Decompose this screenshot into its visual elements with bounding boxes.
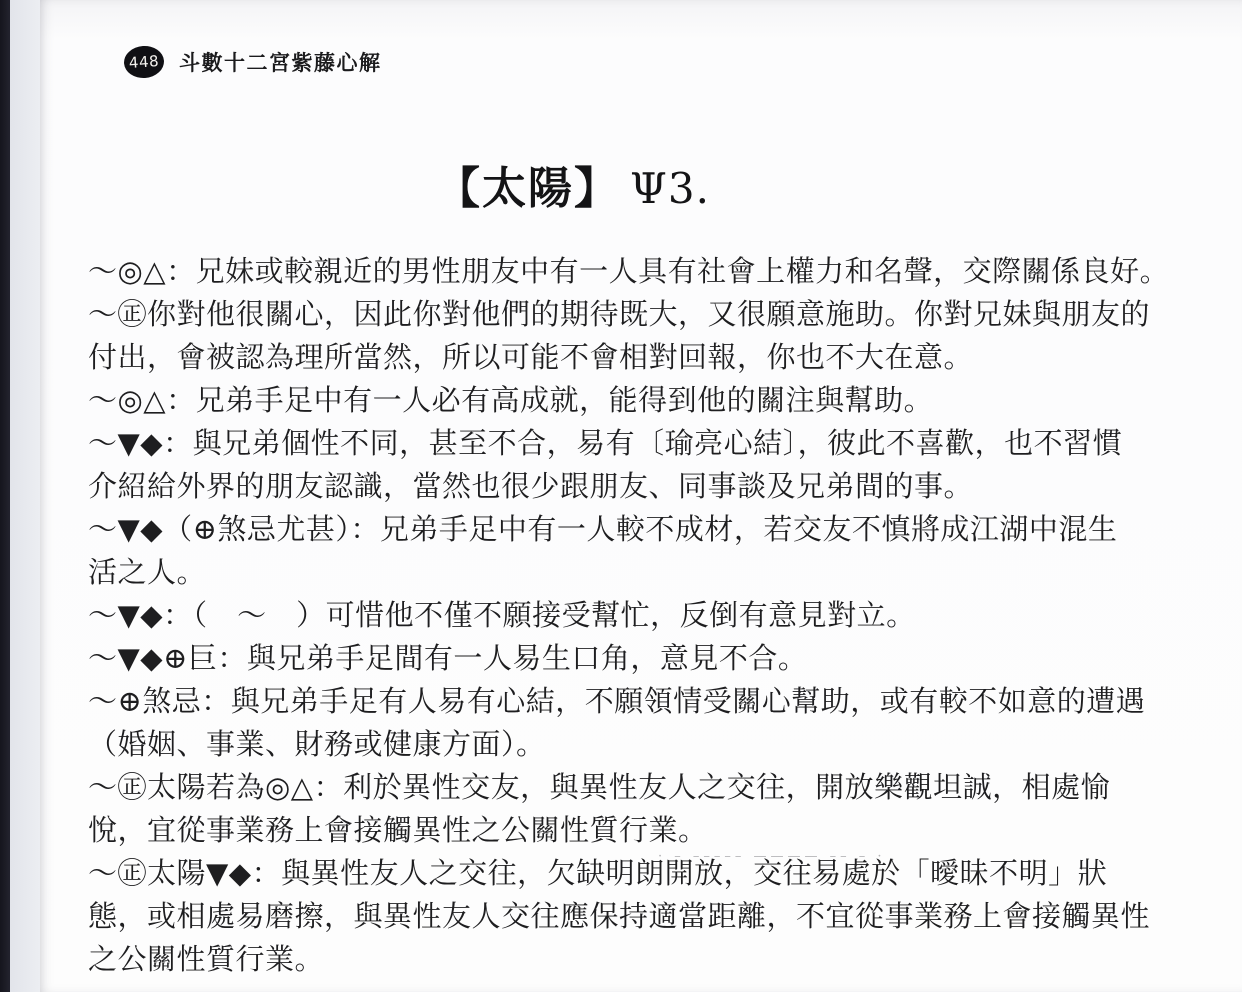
text-line: ～⊕煞忌：與兄弟手足有人易有心結，不願領情受關心幫助，或有較不如意的遭遇 (88, 680, 1198, 723)
text-line: 之公關性質行業。 (88, 938, 1198, 981)
body-text: ～◎△：兄妹或較親近的男性朋友中有一人具有社會上權力和名聲，交際關係良好。～㊣你… (88, 250, 1198, 981)
page-number-badge: 448 (123, 45, 165, 80)
text-line: ～㊣太陽▼◆：與異性友人之交往，欠缺明朗開放，交往易處於「曖昧不明」狀 (88, 852, 1198, 895)
scan-noise-artifact: · – ––––– ———— –– – · (658, 835, 886, 878)
scan-edge-bar (0, 0, 10, 992)
text-line: 活之人。 (88, 551, 1198, 594)
book-page: 448 斗數十二宮紫藤心解 【太陽】Ψ3. ～◎△：兄妹或較親近的男性朋友中有一… (40, 0, 1242, 992)
scanned-book-page: 448 斗數十二宮紫藤心解 【太陽】Ψ3. ～◎△：兄妹或較親近的男性朋友中有一… (0, 0, 1242, 992)
text-line: ～㊣太陽若為◎△：利於異性交友，與異性友人之交往，開放樂觀坦誠，相處愉 (88, 766, 1198, 809)
section-title-code: Ψ3. (630, 164, 710, 213)
text-line: ～◎△：兄妹或較親近的男性朋友中有一人具有社會上權力和名聲，交際關係良好。 (88, 250, 1198, 293)
text-line: 悅，宜從事業務上會接觸異性之公關性質行業。 (88, 809, 1198, 852)
book-title: 斗數十二宮紫藤心解 (179, 47, 382, 77)
text-line: 態，或相處易磨擦，與異性友人交往應保持適當距離，不宜從事業務上會接觸異性 (88, 895, 1198, 938)
text-line: （婚姻、事業、財務或健康方面）。 (88, 723, 1198, 766)
text-line: ～▼◆（⊕煞忌尤甚）：兄弟手足中有一人較不成材，若交友不慎將成江湖中混生 (88, 508, 1198, 551)
text-line: ～◎△：兄弟手足中有一人必有高成就，能得到他的關注與幫助。 (88, 379, 1198, 422)
text-line: ～㊣你對他很關心，因此你對他們的期待既大，又很願意施助。你對兄妹與朋友的 (88, 293, 1198, 336)
section-title-name: 【太陽】 (436, 163, 620, 214)
section-title: 【太陽】Ψ3. (0, 152, 1174, 216)
text-line: ～▼◆：與兄弟個性不同，甚至不合，易有〔瑜亮心結〕，彼此不喜歡，也不習慣 (88, 422, 1198, 465)
text-line: 介紹給外界的朋友認識，當然也很少跟朋友、同事談及兄弟間的事。 (88, 465, 1198, 508)
scan-gutter (10, 0, 40, 992)
text-line: ～▼◆：（ ～ ）可惜他不僅不願接受幫忙，反倒有意見對立。 (88, 594, 1198, 637)
text-line: ～▼◆⊕巨：與兄弟手足間有一人易生口角，意見不合。 (88, 637, 1198, 680)
page-header: 448 斗數十二宮紫藤心解 (124, 46, 382, 78)
text-line: 付出，會被認為理所當然，所以可能不會相對回報，你也不大在意。 (88, 336, 1198, 379)
